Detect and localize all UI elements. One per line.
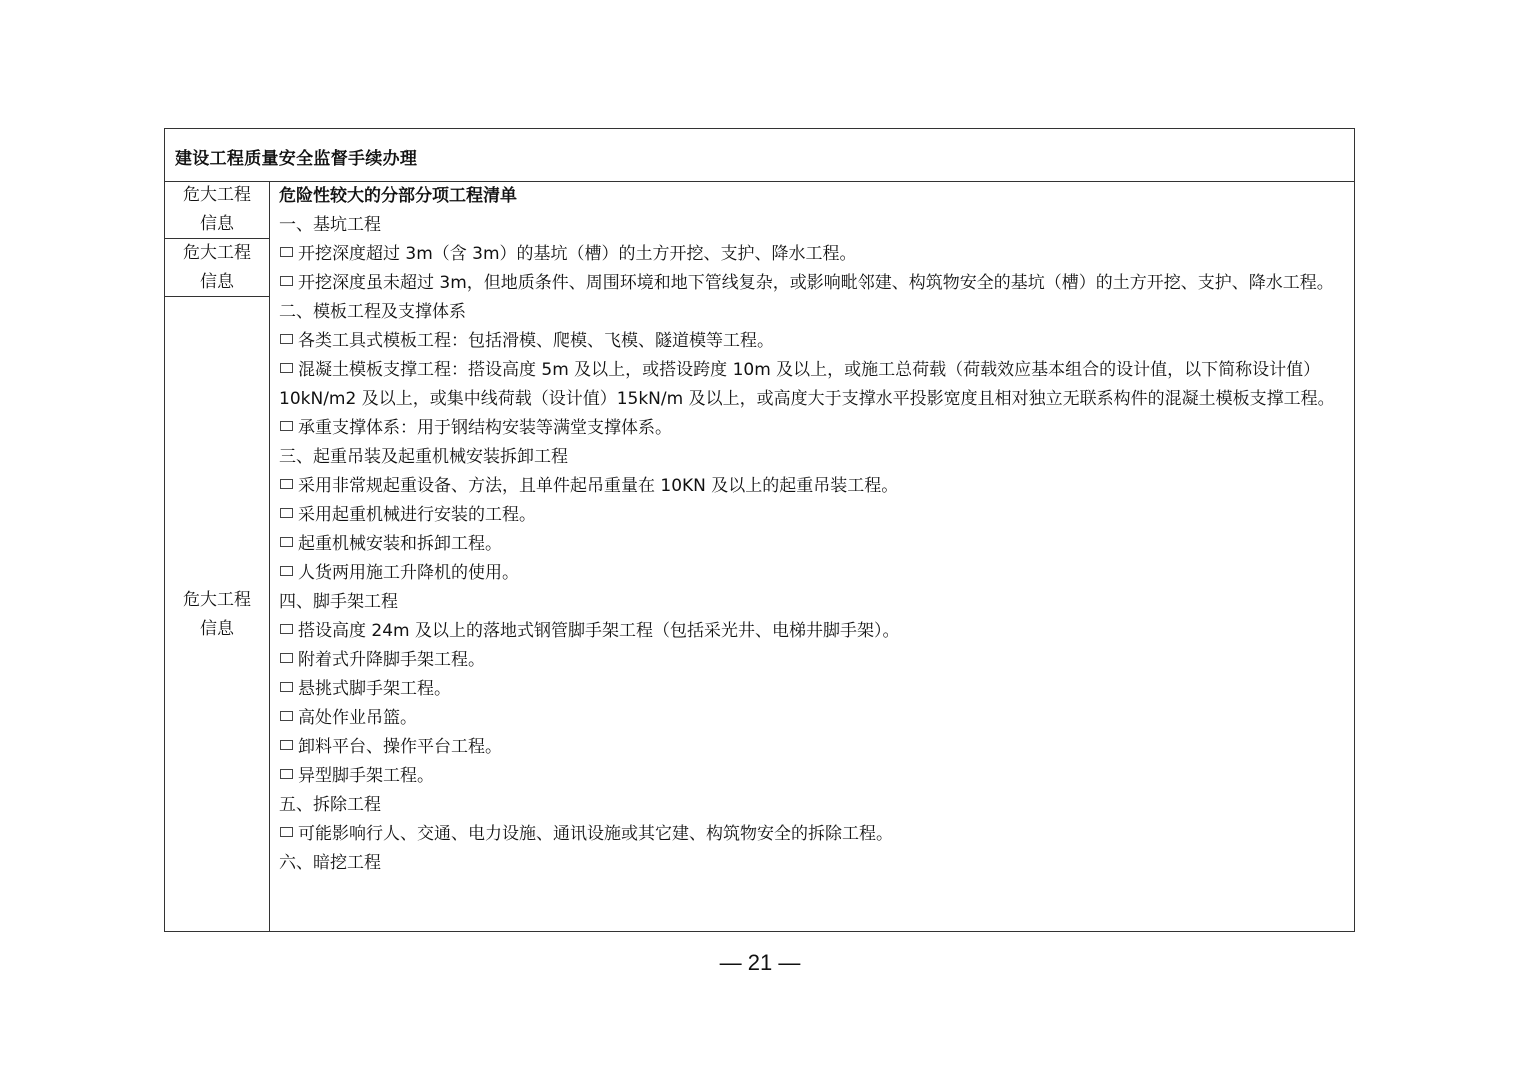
label-line: 信息 xyxy=(200,268,234,297)
list-item: 开挖深度超过 3m（含 3m）的基坑（槽）的土方开挖、支护、降水工程。 xyxy=(279,240,1347,269)
item-text: 异型脚手架工程。 xyxy=(298,766,434,786)
list-item: 各类工具式模板工程：包括滑模、爬模、飞模、隧道模等工程。 xyxy=(279,327,1347,356)
checkbox[interactable] xyxy=(280,566,293,576)
item-text: 搭设高度 24m 及以上的落地式钢管脚手架工程（包括采光井、电梯井脚手架）。 xyxy=(298,621,900,641)
item-text: 卸料平台、操作平台工程。 xyxy=(298,737,502,757)
checkbox[interactable] xyxy=(280,479,293,489)
supervision-table: 建设工程质量安全监督手续办理 危大工程 信息 危大工程 信息 危大工程 信息 危… xyxy=(164,128,1355,932)
list-item: 采用非常规起重设备、方法，且单件起吊重量在 10KN 及以上的起重吊装工程。 xyxy=(279,472,1347,501)
label-cell: 危大工程 信息 xyxy=(165,297,269,932)
list-item: 搭设高度 24m 及以上的落地式钢管脚手架工程（包括采光井、电梯井脚手架）。 xyxy=(279,617,1347,646)
list-title: 危险性较大的分部分项工程清单 xyxy=(279,182,1347,211)
list-item: 承重支撑体系：用于钢结构安装等满堂支撑体系。 xyxy=(279,414,1347,443)
item-text: 开挖深度虽未超过 3m，但地质条件、周围环境和地下管线复杂，或影响毗邻建、构筑物… xyxy=(298,273,1334,293)
item-text: 高处作业吊篮。 xyxy=(298,708,417,728)
label-line: 信息 xyxy=(200,210,234,239)
checkbox[interactable] xyxy=(280,537,293,547)
list-item: 悬挑式脚手架工程。 xyxy=(279,675,1347,704)
item-text: 悬挑式脚手架工程。 xyxy=(298,679,451,699)
table-header-row: 建设工程质量安全监督手续办理 xyxy=(165,129,1354,182)
item-text: 开挖深度超过 3m（含 3m）的基坑（槽）的土方开挖、支护、降水工程。 xyxy=(298,244,857,264)
item-text: 采用非常规起重设备、方法，且单件起吊重量在 10KN 及以上的起重吊装工程。 xyxy=(298,476,898,496)
table-title: 建设工程质量安全监督手续办理 xyxy=(175,144,417,169)
list-item: 高处作业吊篮。 xyxy=(279,704,1347,733)
list-item: 人货两用施工升降机的使用。 xyxy=(279,559,1347,588)
checkbox[interactable] xyxy=(280,624,293,634)
label-column: 危大工程 信息 危大工程 信息 危大工程 信息 xyxy=(165,181,270,932)
list-item: 起重机械安装和拆卸工程。 xyxy=(279,530,1347,559)
list-item: 采用起重机械进行安装的工程。 xyxy=(279,501,1347,530)
checkbox[interactable] xyxy=(280,827,293,837)
section-heading: 五、拆除工程 xyxy=(279,791,1347,820)
label-line: 危大工程 xyxy=(183,181,251,210)
item-text: 各类工具式模板工程：包括滑模、爬模、飞模、隧道模等工程。 xyxy=(298,331,774,351)
item-text: 附着式升降脚手架工程。 xyxy=(298,650,485,670)
section-heading: 四、脚手架工程 xyxy=(279,588,1347,617)
item-text: 起重机械安装和拆卸工程。 xyxy=(298,534,502,554)
section-heading: 一、基坑工程 xyxy=(279,211,1347,240)
list-item: 卸料平台、操作平台工程。 xyxy=(279,733,1347,762)
checkbox[interactable] xyxy=(280,653,293,663)
checkbox[interactable] xyxy=(280,682,293,692)
section-heading: 二、模板工程及支撑体系 xyxy=(279,298,1347,327)
checkbox[interactable] xyxy=(280,769,293,779)
list-item: 附着式升降脚手架工程。 xyxy=(279,646,1347,675)
item-text: 人货两用施工升降机的使用。 xyxy=(298,563,519,583)
checkbox[interactable] xyxy=(280,334,293,344)
checkbox[interactable] xyxy=(280,421,293,431)
list-item: 混凝土模板支撑工程：搭设高度 5m 及以上，或搭设跨度 10m 及以上，或施工总… xyxy=(279,356,1347,414)
checkbox[interactable] xyxy=(280,276,293,286)
label-line: 危大工程 xyxy=(183,586,251,615)
list-item: 可能影响行人、交通、电力设施、通讯设施或其它建、构筑物安全的拆除工程。 xyxy=(279,820,1347,849)
section-heading: 六、暗挖工程 xyxy=(279,849,1347,878)
checkbox[interactable] xyxy=(280,363,293,373)
item-text: 可能影响行人、交通、电力设施、通讯设施或其它建、构筑物安全的拆除工程。 xyxy=(298,824,893,844)
item-text: 混凝土模板支撑工程：搭设高度 5m 及以上，或搭设跨度 10m 及以上，或施工总… xyxy=(279,360,1335,409)
item-text: 承重支撑体系：用于钢结构安装等满堂支撑体系。 xyxy=(298,418,672,438)
list-item: 开挖深度虽未超过 3m，但地质条件、周围环境和地下管线复杂，或影响毗邻建、构筑物… xyxy=(279,269,1347,298)
checkbox[interactable] xyxy=(280,247,293,257)
checkbox[interactable] xyxy=(280,508,293,518)
checkbox[interactable] xyxy=(280,740,293,750)
checkbox[interactable] xyxy=(280,711,293,721)
project-list-cell: 危险性较大的分部分项工程清单 一、基坑工程 开挖深度超过 3m（含 3m）的基坑… xyxy=(279,182,1347,878)
label-line: 信息 xyxy=(200,615,234,644)
label-cell: 危大工程 信息 xyxy=(165,181,269,239)
page-number: — 21 — xyxy=(0,950,1520,976)
item-text: 采用起重机械进行安装的工程。 xyxy=(298,505,536,525)
label-cell: 危大工程 信息 xyxy=(165,239,269,297)
section-heading: 三、起重吊装及起重机械安装拆卸工程 xyxy=(279,443,1347,472)
label-line: 危大工程 xyxy=(183,239,251,268)
list-item: 异型脚手架工程。 xyxy=(279,762,1347,791)
